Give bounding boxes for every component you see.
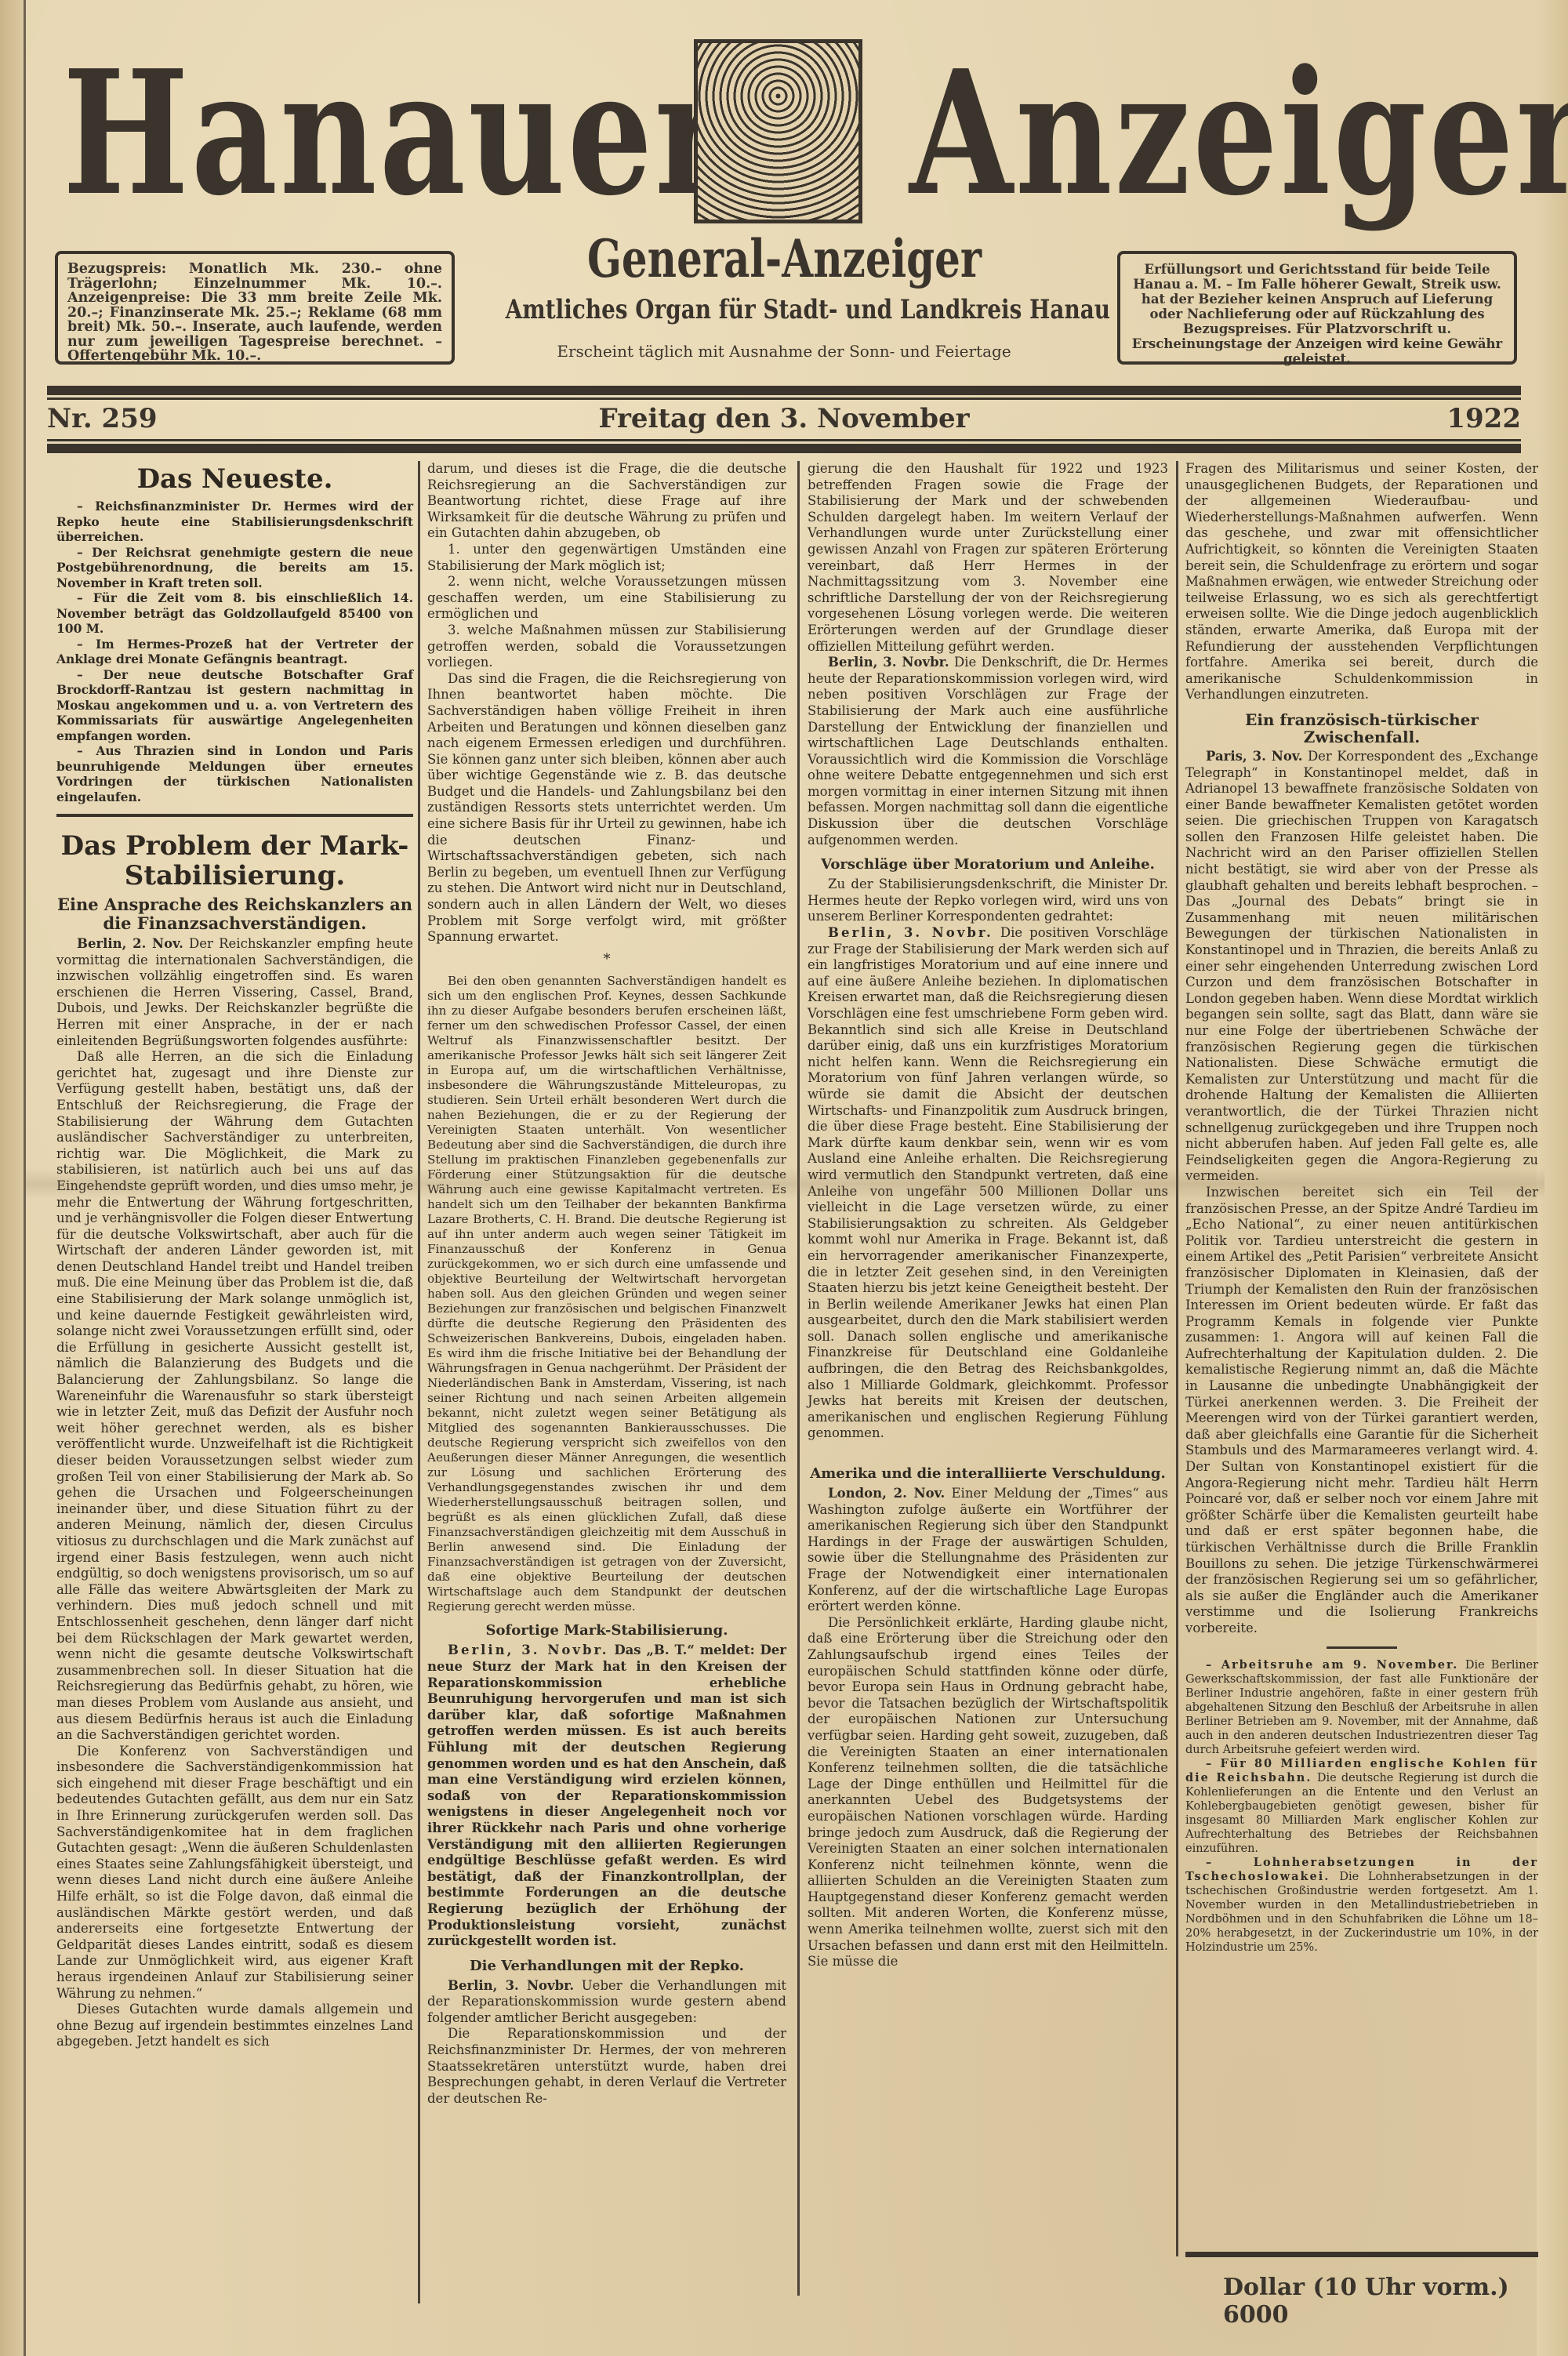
- article-paragraph: Die positiven Vorschläge zur Frage der S…: [808, 925, 1168, 1440]
- article-paragraph: Fragen des Militarismus und seiner Koste…: [1185, 461, 1538, 703]
- news-roundup-list: – Reichsfinanzminister Dr. Hermes wird d…: [56, 499, 413, 804]
- dateline: Nr. 259 Freitag den 3. November 1922: [47, 401, 1521, 436]
- article-dateline: Paris, 3. Nov.: [1206, 749, 1303, 764]
- column-3: gierung die den Haushalt für 1922 und 19…: [808, 461, 1168, 1970]
- article-paragraph: Die Konferenz von Sachverständigen und i…: [56, 1744, 413, 2002]
- issue-year: 1922: [1446, 401, 1521, 436]
- article-paragraph: Die Denkschrift, die Dr. Hermes heute de…: [808, 655, 1168, 848]
- article-paragraph: Die Reparationskommission und der Reichs…: [427, 2026, 786, 2107]
- masthead-title-right: Anzeiger: [909, 47, 1568, 220]
- article-paragraph: Dieses Gutachten wurde damals allgemein …: [56, 2002, 413, 2050]
- news-roundup-item: – Der neue deutsche Botschafter Graf Bro…: [56, 667, 413, 744]
- dateline-rule-bottom-thin: [47, 439, 1521, 441]
- asterisk-divider: *: [427, 952, 786, 968]
- dateline-rule-top: [47, 386, 1521, 395]
- masthead-subheading: General-Anzeiger Amtliches Organ für Sta…: [439, 227, 1129, 367]
- short-news-list: – Arbeitsruhe am 9. November. Die Berlin…: [1185, 1658, 1538, 1955]
- article-paragraph: Bei den oben genannten Sachverständigen …: [427, 974, 786, 1614]
- article-paragraph: 2. wenn nicht, welche Voraussetzungen mü…: [427, 574, 786, 623]
- masthead: Hanauer Anzeiger: [63, 31, 1521, 220]
- short-news-item: – Arbeitsruhe am 9. November. Die Berlin…: [1185, 1658, 1538, 1757]
- article-dateline: Berlin, 3. Novbr.: [448, 1978, 574, 1993]
- article-paragraph: Der Korrespondent des „Exchange Telegrap…: [1185, 749, 1538, 1183]
- article-paragraph: Das sind die Fragen, die die Reichsregie…: [427, 671, 786, 946]
- short-news-text: Die Berliner Gewerkschaftskommission, de…: [1185, 1659, 1538, 1756]
- closing-rule: [1185, 2252, 1538, 2257]
- dateline-rule-bottom: [47, 444, 1521, 453]
- column-4: Fragen des Militarismus und seiner Koste…: [1185, 461, 1538, 1955]
- article-heading-repko: Die Verhandlungen mit der Repko.: [427, 1958, 786, 1975]
- article-paragraph: Der Reichskanzler empfing heute vormitta…: [56, 936, 413, 1048]
- column-1: Das Neueste. – Reichsfinanzminister Dr. …: [56, 461, 413, 2050]
- news-roundup-item: – Der Reichsrat genehmigte gestern die n…: [56, 545, 413, 591]
- short-news-item: – Lohnherabsetzungen in der Tschechoslow…: [1185, 1856, 1538, 1955]
- article-paragraph: 1. unter den gegenwärtigen Umständen ein…: [427, 542, 786, 574]
- dateline-rule-top-thin: [47, 398, 1521, 400]
- article-dateline: Berlin, 3. Novbr.: [448, 1643, 608, 1657]
- news-roundup-heading: Das Neueste.: [56, 464, 413, 494]
- article-paragraph: gierung die den Haushalt für 1922 und 19…: [808, 461, 1168, 655]
- article-heading-french-turkish-incident: Ein französisch-türkischer Zwischenfall.: [1185, 711, 1538, 746]
- subscription-prices-box: Bezugspreis: Monatlich Mk. 230.– ohne Tr…: [55, 251, 455, 365]
- article-dateline: Berlin, 2. Nov.: [77, 936, 183, 951]
- short-news-item: – Für 80 Milliarden englische Kohlen für…: [1185, 1757, 1538, 1856]
- news-roundup-item: – Für die Zeit vom 8. bis einschließlich…: [56, 590, 413, 637]
- article-dateline: Berlin, 3. Novbr.: [828, 925, 993, 940]
- dollar-exchange-rate: Dollar (10 Uhr vorm.) 6000: [1223, 2274, 1537, 2329]
- subtitle-general-anzeiger: General-Anzeiger: [586, 227, 981, 290]
- article-dateline: London, 2. Nov.: [828, 1486, 945, 1501]
- publication-schedule: Erscheint täglich mit Ausnahme der Sonn-…: [439, 336, 1129, 367]
- news-roundup-item: – Im Hermes-Prozeß hat der Vertreter der…: [56, 637, 413, 667]
- article-paragraph: darum, und dieses ist die Frage, die die…: [427, 461, 786, 542]
- article-paragraph: Die Persönlichkeit erklärte, Harding gla…: [808, 1615, 1168, 1970]
- article-paragraph: Daß alle Herren, an die sich die Einladu…: [56, 1049, 413, 1744]
- page-edge: [1537, 0, 1568, 2356]
- article-paragraph: 3. welche Maßnahmen müssen zur Stabilisi…: [427, 623, 786, 671]
- short-news-headline: – Arbeitsruhe am 9. November.: [1206, 1658, 1458, 1672]
- column-divider: [1176, 461, 1178, 2256]
- binding-edge: [0, 0, 26, 2356]
- column-divider: [797, 461, 800, 2296]
- news-roundup-item: – Reichsfinanzminister Dr. Hermes wird d…: [56, 499, 413, 545]
- article-subheading: Eine Ansprache des Reichskanzlers an die…: [56, 895, 413, 933]
- official-organ-line: Amtliches Organ für Stadt- und Landkreis…: [506, 290, 1110, 329]
- article-dateline: Berlin, 3. Novbr.: [828, 655, 949, 670]
- section-separator: [56, 814, 413, 817]
- city-crest-icon: [694, 39, 862, 223]
- article-paragraph: Das „B. T.“ meldet: Der neue Sturz der M…: [427, 1643, 786, 1948]
- news-roundup-item: – Aus Thrazien sind in London und Paris …: [56, 743, 413, 804]
- article-heading-immediate-stabilization: Sofortige Mark-Stabilisierung.: [427, 1622, 786, 1639]
- short-separator: [1327, 1646, 1397, 1649]
- legal-notice-box: Erfüllungsort und Gerichtsstand für beid…: [1117, 251, 1517, 365]
- issue-date: Freitag den 3. November: [47, 401, 1521, 436]
- article-paragraph: Einer Meldung der „Times“ aus Washington…: [808, 1486, 1168, 1614]
- masthead-title-left: Hanauer: [63, 47, 728, 220]
- column-2: darum, und dieses ist die Frage, die die…: [427, 461, 786, 2107]
- column-divider: [418, 461, 420, 2303]
- article-heading-moratorium: Vorschläge über Moratorium und Anleihe.: [808, 856, 1168, 873]
- article-paragraph: Inzwischen bereitet sich ein Teil der fr…: [1185, 1185, 1538, 1637]
- article-heading-mark-problem: Das Problem der Mark-Stabilisierung.: [56, 831, 413, 891]
- article-paragraph: Zu der Stabilisierungsdenkschrift, die M…: [808, 877, 1168, 925]
- article-heading-america-debt: Amerika und die interalliierte Verschuld…: [808, 1465, 1168, 1483]
